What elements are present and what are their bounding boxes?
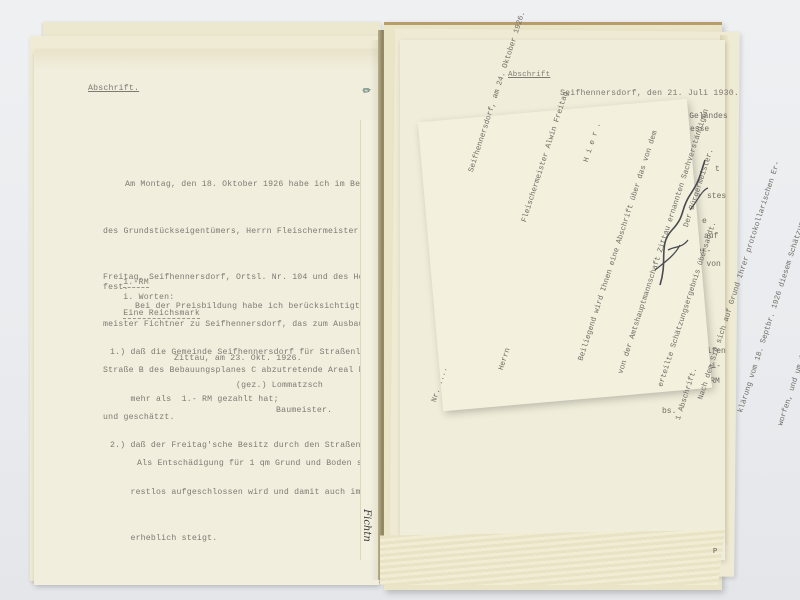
handwritten-signature-icon	[650, 150, 710, 300]
considerations-intro: Bei der Preisbildung habe ich berücksich…	[135, 299, 365, 315]
page-mark: P	[713, 548, 717, 556]
signer-title: Baumeister.	[276, 403, 332, 419]
spine-shadow	[370, 40, 378, 580]
spine-handwritten-note: Fichtn	[361, 509, 372, 542]
left-heading: Abschrift.	[88, 81, 139, 97]
signer-name: (gez.) Lommatzsch	[236, 378, 323, 394]
right-heading: Abschrift	[508, 68, 550, 84]
place-date: Zittau, am 23. Okt. 1926.	[174, 351, 302, 367]
stacked-page-edges	[380, 530, 725, 585]
page-fold	[34, 50, 379, 70]
fest-label: fest.	[103, 280, 129, 296]
